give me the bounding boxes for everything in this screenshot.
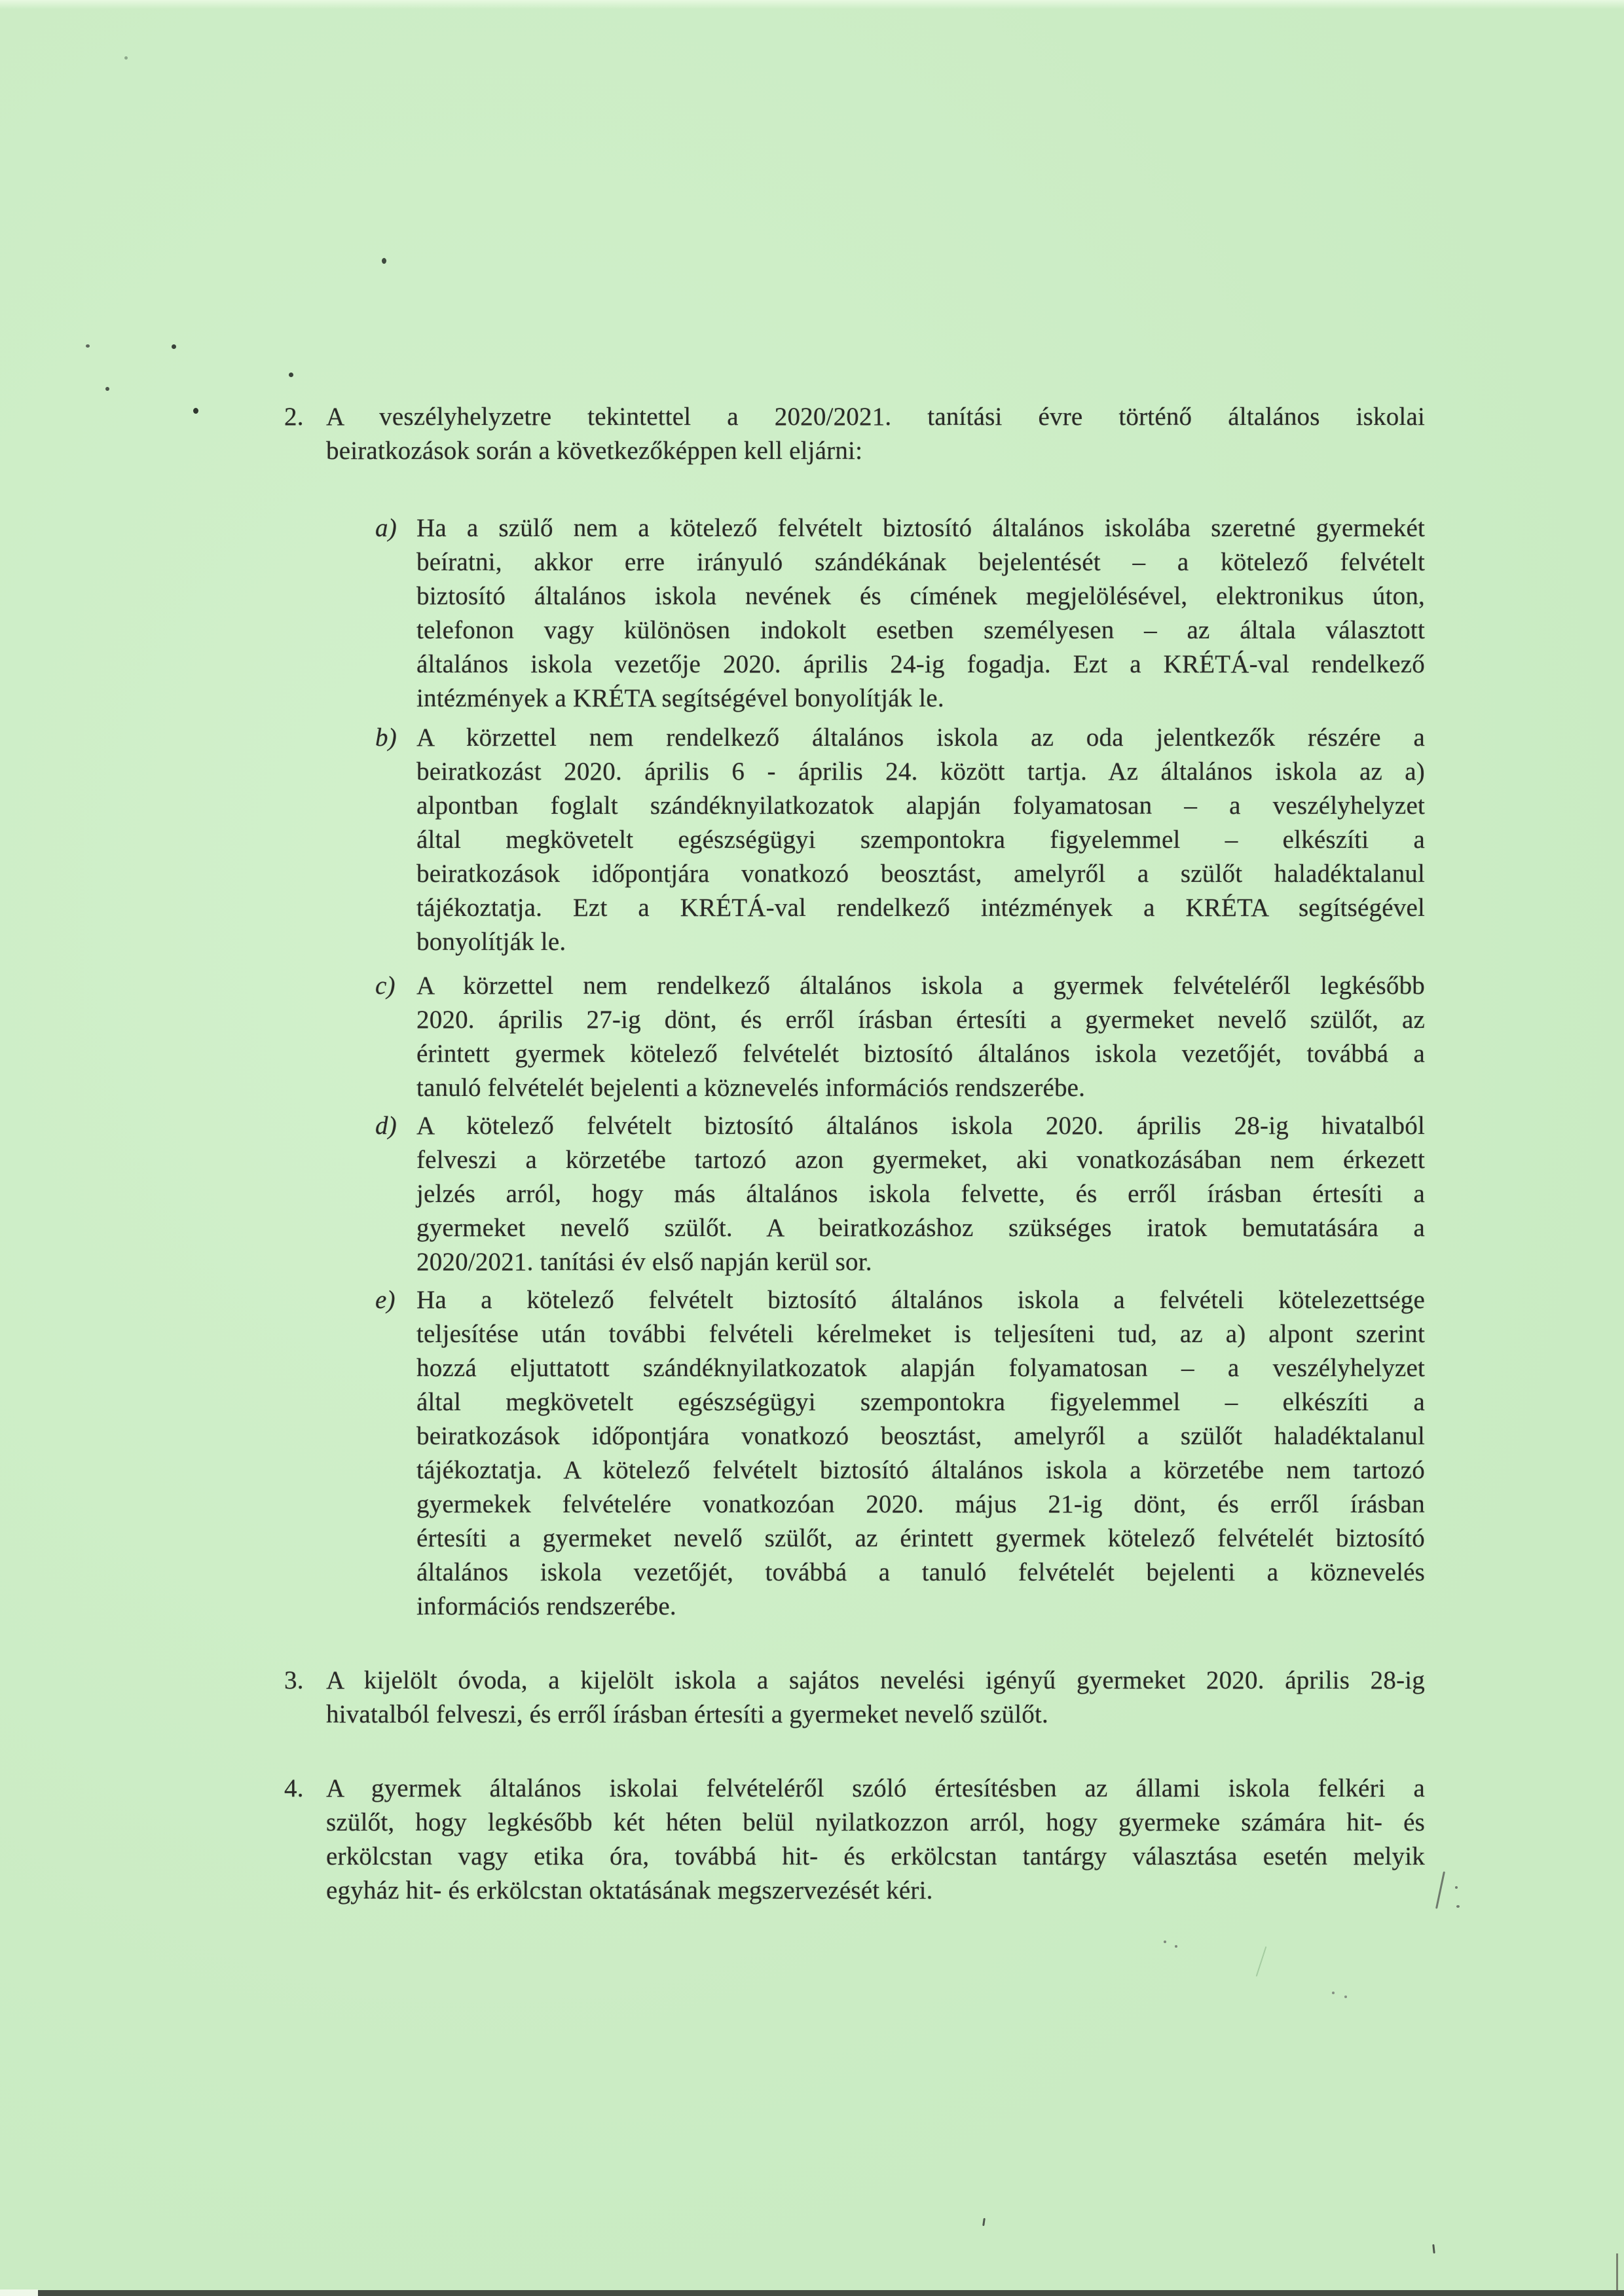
scan-speck [1455, 1886, 1458, 1889]
pencil-stroke [1435, 1871, 1445, 1908]
paragraph-last-line: beiratkozások során a következőképpen ke… [326, 434, 1425, 468]
numbered-item-3: 3. A kijelölt óvoda, a kijelölt iskola a… [326, 1664, 1425, 1732]
scan-speck [982, 2218, 986, 2226]
scanner-edge-gap [0, 2289, 38, 2296]
item-number: 4. [284, 1772, 304, 1806]
paper-scratch [1256, 1946, 1267, 1977]
paragraph-last-line: információs rendszerébe. [416, 1590, 1425, 1624]
list-item-d: d) A kötelező felvételt biztosító általá… [416, 1109, 1425, 1279]
scan-speck [86, 344, 90, 348]
paragraph-last-line: bonyolítják le. [416, 925, 1425, 959]
paragraph-last-line: intézmények a KRÉTA segítségével bonyolí… [416, 682, 1425, 716]
list-marker: d) [375, 1109, 397, 1143]
scan-speck [1432, 2244, 1435, 2253]
scan-speck [124, 56, 128, 60]
list-marker: c) [375, 969, 396, 1003]
scanner-edge-bottom [0, 2290, 1624, 2296]
paragraph-body: A kijelölt óvoda, a kijelölt iskola a sa… [326, 1664, 1425, 1698]
paragraph-body: A veszélyhelyzetre tekintettel a 2020/20… [326, 400, 1425, 434]
scanned-document-page: 2. A veszélyhelyzetre tekintettel a 2020… [0, 0, 1624, 2296]
numbered-item-4: 4. A gyermek általános iskolai felvételé… [326, 1772, 1425, 1908]
paragraph-body: Ha a szülő nem a kötelező felvételt bizt… [416, 511, 1425, 682]
list-marker: e) [375, 1283, 396, 1317]
paragraph-body: Ha a kötelező felvételt biztosító általá… [416, 1283, 1425, 1590]
list-marker: b) [375, 721, 397, 755]
paragraph-body: A körzettel nem rendelkező általános isk… [416, 721, 1425, 925]
scan-speck [172, 344, 176, 349]
paragraph-last-line: 2020/2021. tanítási év első napján kerül… [416, 1245, 1425, 1279]
scanner-edge-right [1616, 2253, 1618, 2294]
scan-speck [382, 258, 386, 264]
scan-speck [1332, 1992, 1335, 1994]
scan-speck [1175, 1945, 1177, 1948]
scan-speck [105, 387, 109, 391]
item-number: 2. [284, 400, 304, 434]
list-item-a: a) Ha a szülő nem a kötelező felvételt b… [416, 511, 1425, 716]
paragraph-body: A gyermek általános iskolai felvételéről… [326, 1772, 1425, 1874]
numbered-item-2: 2. A veszélyhelyzetre tekintettel a 2020… [326, 400, 1425, 468]
scan-speck [1164, 1941, 1166, 1943]
item-number: 3. [284, 1664, 304, 1698]
paragraph-body: A körzettel nem rendelkező általános isk… [416, 969, 1425, 1071]
paragraph-body: A kötelező felvételt biztosító általános… [416, 1109, 1425, 1245]
scan-speck [289, 373, 293, 377]
paragraph-last-line: hivatalból felveszi, és erről írásban ér… [326, 1698, 1425, 1732]
scan-speck [1456, 1905, 1460, 1908]
scan-speck [1344, 1995, 1347, 1998]
paragraph-last-line: egyház hit- és erkölcstan oktatásának me… [326, 1874, 1425, 1908]
list-marker: a) [375, 511, 397, 545]
scan-speck [193, 408, 198, 414]
list-item-c: c) A körzettel nem rendelkező általános … [416, 969, 1425, 1105]
list-item-b: b) A körzettel nem rendelkező általános … [416, 721, 1425, 959]
list-item-e: e) Ha a kötelező felvételt biztosító ált… [416, 1283, 1425, 1624]
paragraph-last-line: tanuló felvételét bejelenti a köznevelés… [416, 1071, 1425, 1105]
